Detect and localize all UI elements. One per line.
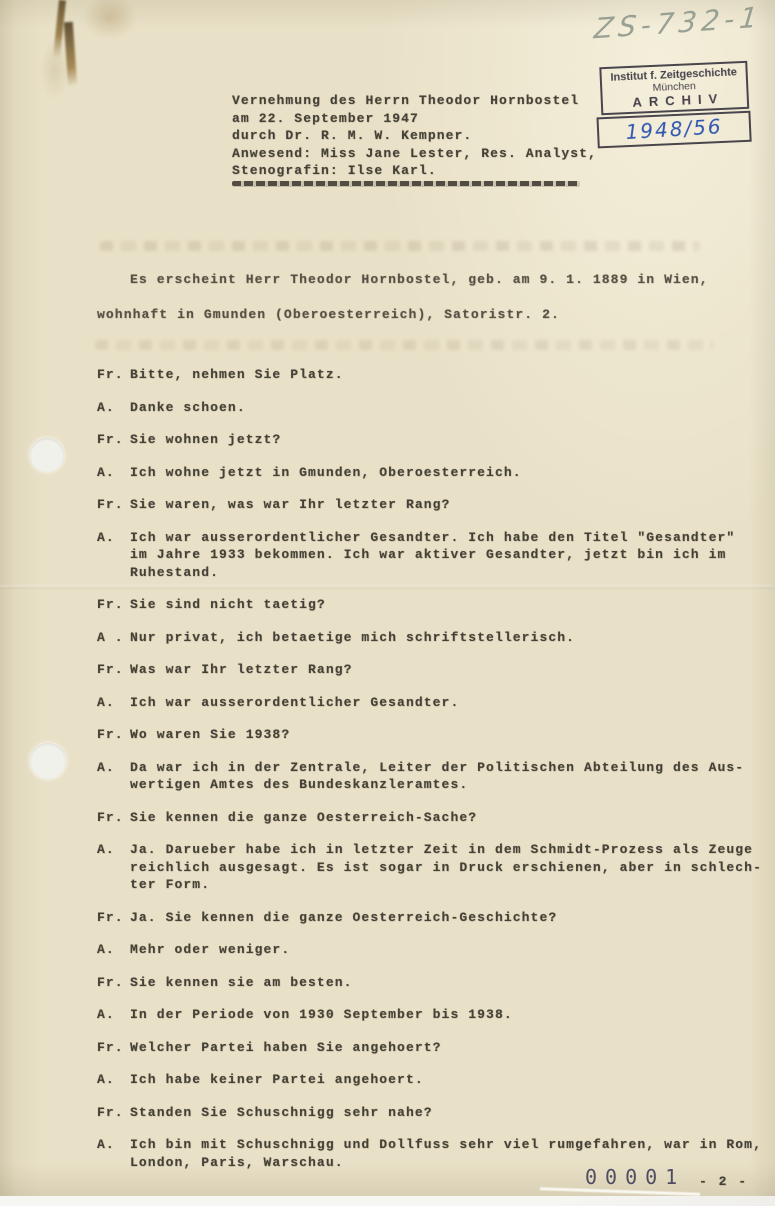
qa-row: Fr. Sie kennen die ganze Oesterreich-Sac… [97,809,773,827]
speaker-label: A. [97,841,130,894]
speaker-label: A. [97,1136,130,1171]
qa-row: A. In der Periode von 1930 September bis… [97,1006,773,1024]
speaker-label: A. [97,759,130,794]
qa-text: Sie wohnen jetzt? [130,431,773,449]
qa-text: Ich wohne jetzt in Gmunden, Oberoesterre… [130,464,773,482]
intro-line-2: wohnhaft in Gmunden (Oberoesterreich), S… [97,297,709,332]
speaker-label: Fr. [97,496,130,514]
qa-text: Sie kennen sie am besten. [130,974,773,992]
speaker-label: Fr. [97,809,130,827]
intro-line-1: Es erscheint Herr Theodor Hornbostel, ge… [97,262,709,297]
punch-hole [30,438,64,472]
speaker-label: Fr. [97,909,130,927]
qa-row: Fr. Sie waren, was war Ihr letzter Rang? [97,496,773,514]
qa-text: Da war ich in der Zentrale, Leiter der P… [130,759,773,794]
header-stenographer: Stenografin: Ilse Karl. [232,162,597,180]
archive-stamp-box: Institut f. Zeitgeschichte München ARCHI… [599,61,749,115]
ghost-bleedthrough-line [95,340,713,350]
speaker-label: Fr. [97,431,130,449]
speaker-label: A. [97,694,130,712]
page-number: - 2 - [699,1173,748,1191]
speaker-label: A. [97,399,130,417]
archive-stamp-number: 1948/56 [598,112,749,147]
qa-text: Ja. Sie kennen die ganze Oesterreich-Ges… [130,909,773,927]
speaker-label: Fr. [97,366,130,384]
qa-text: Was war Ihr letzter Rang? [130,661,773,679]
handwritten-archive-ref: ZS-732-1 [592,0,775,45]
speaker-label: Fr. [97,661,130,679]
archive-stamp: Institut f. Zeitgeschichte München ARCHI… [599,61,750,148]
qa-row: A. Da war ich in der Zentrale, Leiter de… [97,759,773,794]
qa-text: Welcher Partei haben Sie angehoert? [130,1039,773,1057]
speaker-label: Fr. [97,726,130,744]
qa-text: Standen Sie Schuschnigg sehr nahe? [130,1104,773,1122]
scanned-document-page: ZS-732-1 Institut f. Zeitgeschichte Münc… [0,0,775,1197]
qa-row: Fr. Sie kennen sie am besten. [97,974,773,992]
qa-row: Fr. Sie sind nicht taetig? [97,596,773,614]
qa-text: Ich war ausserordentlicher Gesandter. Ic… [130,529,773,582]
qa-row: A. Ja. Darueber habe ich in letzter Zeit… [97,841,773,894]
rust-stain [82,0,138,40]
qa-row: Fr. Ja. Sie kennen die ganze Oesterreich… [97,909,773,927]
qa-text: Danke schoen. [130,399,773,417]
speaker-label: A . [97,629,130,647]
header-present: Anwesend: Miss Jane Lester, Res. Analyst… [232,145,597,163]
qa-text: Sie sind nicht taetig? [130,596,773,614]
punch-hole [30,743,66,779]
qa-row: A. Ich wohne jetzt in Gmunden, Oberoeste… [97,464,773,482]
qa-text: Nur privat, ich betaetige mich schriftst… [130,629,773,647]
speaker-label: A. [97,464,130,482]
qa-row: A. Ich war ausserordentlicher Gesandter. [97,694,773,712]
header-interrogator: durch Dr. R. M. W. Kempner. [232,127,597,145]
document-header: Vernehmung des Herrn Theodor Hornbostel … [232,92,597,180]
rust-stain [40,40,70,100]
speaker-label: A. [97,941,130,959]
speaker-label: A. [97,529,130,582]
qa-row: Fr. Welcher Partei haben Sie angehoert? [97,1039,773,1057]
qa-row: Fr. Wo waren Sie 1938? [97,726,773,744]
speaker-label: A. [97,1006,130,1024]
header-underline [232,181,580,186]
header-title: Vernehmung des Herrn Theodor Hornbostel [232,92,597,110]
qa-row: A. Danke schoen. [97,399,773,417]
scan-background-edge [0,1196,775,1206]
qa-row: Fr. Sie wohnen jetzt? [97,431,773,449]
qa-row: Fr. Bitte, nehmen Sie Platz. [97,366,773,384]
qa-row: Fr. Standen Sie Schuschnigg sehr nahe? [97,1104,773,1122]
speaker-label: Fr. [97,1104,130,1122]
qa-text: Sie waren, was war Ihr letzter Rang? [130,496,773,514]
qa-text: Sie kennen die ganze Oesterreich-Sache? [130,809,773,827]
qa-row: A. Ich habe keiner Partei angehoert. [97,1071,773,1089]
speaker-label: Fr. [97,974,130,992]
archive-stamp-number-box: 1948/56 [596,111,751,149]
qa-text: Ich habe keiner Partei angehoert. [130,1071,773,1089]
qa-text: Mehr oder weniger. [130,941,773,959]
speaker-label: A. [97,1071,130,1089]
qa-row: A. Mehr oder weniger. [97,941,773,959]
qa-text: In der Periode von 1930 September bis 19… [130,1006,773,1024]
qa-text: Bitte, nehmen Sie Platz. [130,366,773,384]
speaker-label: Fr. [97,1039,130,1057]
qa-text: Wo waren Sie 1938? [130,726,773,744]
ghost-bleedthrough-line [100,241,700,251]
header-date: am 22. September 1947 [232,110,597,128]
qa-transcript: Fr. Bitte, nehmen Sie Platz. A. Danke sc… [97,366,773,1186]
qa-text: Ich war ausserordentlicher Gesandter. [130,694,773,712]
qa-text: Ja. Darueber habe ich in letzter Zeit in… [130,841,773,894]
qa-row: Fr. Was war Ihr letzter Rang? [97,661,773,679]
intro-paragraph: Es erscheint Herr Theodor Hornbostel, ge… [97,262,709,332]
doc-number-stamp: 00001 [585,1165,685,1189]
qa-row: A . Nur privat, ich betaetige mich schri… [97,629,773,647]
qa-row: A. Ich war ausserordentlicher Gesandter.… [97,529,773,582]
speaker-label: Fr. [97,596,130,614]
